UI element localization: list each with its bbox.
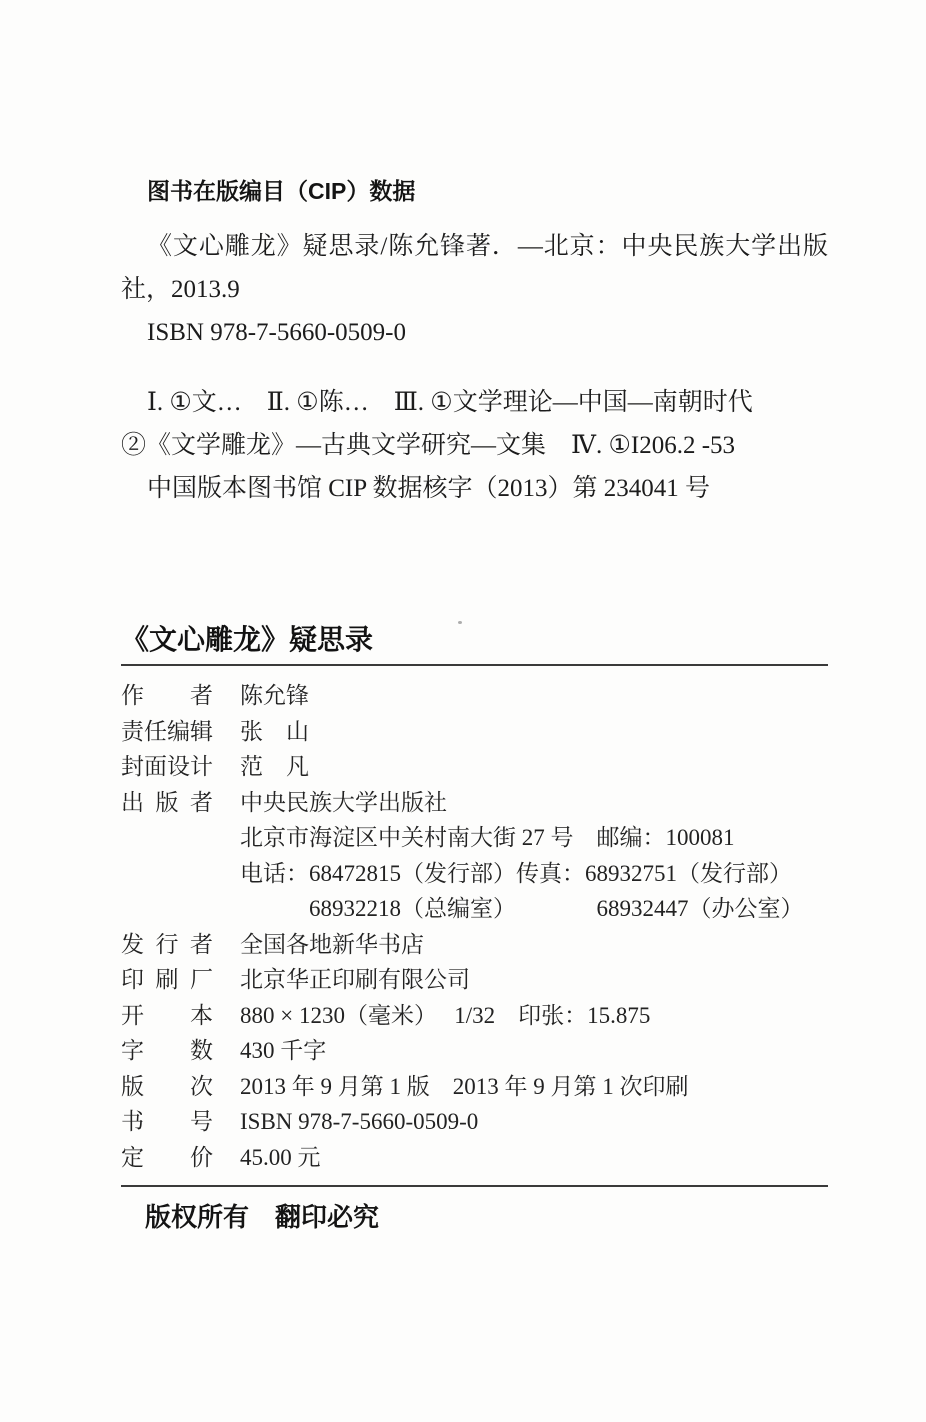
row-label: 字数	[121, 1033, 213, 1069]
row-value: 430 千字	[240, 1033, 326, 1069]
row-value: 陈允锋	[240, 678, 309, 714]
colophon-row-edition: 版次 2013 年 9 月第 1 版 2013 年 9 月第 1 次印刷	[121, 1069, 828, 1105]
cip-classification-line-1: Ⅰ. ①文… Ⅱ. ①陈… Ⅲ. ①文学理论—中国—南朝时代	[121, 381, 828, 424]
colophon-section: 《文心雕龙》疑思录 作者 陈允锋 责任编辑 张 山 封面设计 范 凡 出版者 中…	[121, 624, 828, 1232]
row-value: 880 × 1230（毫米） 1/32 印张：15.875	[240, 998, 650, 1034]
colophon-rows: 作者 陈允锋 责任编辑 张 山 封面设计 范 凡 出版者 中央民族大学出版社 北…	[121, 678, 828, 1175]
colophon-row-word-count: 字数 430 千字	[121, 1033, 828, 1069]
row-value: 电话：68472815（发行部）传真：68932751（发行部）	[240, 856, 792, 892]
copyright-notice-left: 版权所有	[145, 1202, 249, 1232]
cip-record-line: 中国版本图书馆 CIP 数据核字（2013）第 234041 号	[121, 467, 828, 510]
colophon-row-price: 定价 45.00 元	[121, 1140, 828, 1176]
colophon-row-phone-fax: 电话：68472815（发行部）传真：68932751（发行部）	[121, 856, 828, 892]
colophon-row-isbn: 书号 ISBN 978-7-5660-0509-0	[121, 1104, 828, 1140]
row-label	[121, 820, 213, 856]
row-label: 开本	[121, 998, 213, 1034]
row-label: 书号	[121, 1104, 213, 1140]
row-label	[121, 891, 213, 927]
cip-heading: 图书在版编目（CIP）数据	[147, 176, 828, 206]
row-value: ISBN 978-7-5660-0509-0	[240, 1104, 478, 1140]
row-label: 作者	[121, 678, 213, 714]
row-label: 责任编辑	[121, 714, 213, 750]
cip-classification-line-2: ②《文学雕龙》—古典文学研究—文集 Ⅳ. ①I206.2 -53	[121, 424, 828, 467]
cip-entry-line-1: 《文心雕龙》疑思录/陈允锋著．—北京：中央民族大学出版	[121, 225, 828, 268]
book-title: 《文心雕龙》疑思录	[121, 624, 828, 656]
row-value: 2013 年 9 月第 1 版 2013 年 9 月第 1 次印刷	[240, 1069, 689, 1105]
row-label: 发行者	[121, 927, 213, 963]
row-value: 中央民族大学出版社	[240, 785, 447, 821]
colophon-row-distributor: 发行者 全国各地新华书店	[121, 927, 828, 963]
cip-section: 图书在版编目（CIP）数据 《文心雕龙》疑思录/陈允锋著．—北京：中央民族大学出…	[121, 176, 828, 510]
row-value: 北京市海淀区中关村南大街 27 号 邮编：100081	[240, 820, 735, 856]
row-label: 定价	[121, 1140, 213, 1176]
colophon-row-printer: 印刷厂 北京华正印刷有限公司	[121, 962, 828, 998]
colophon-row-phone-offices: 68932218（总编室） 68932447（办公室）	[121, 891, 828, 927]
colophon-row-editor: 责任编辑 张 山	[121, 714, 828, 750]
row-label	[121, 856, 213, 892]
colophon-row-author: 作者 陈允锋	[121, 678, 828, 714]
colophon-row-publisher: 出版者 中央民族大学出版社	[121, 785, 828, 821]
book-copyright-page: 图书在版编目（CIP）数据 《文心雕龙》疑思录/陈允锋著．—北京：中央民族大学出…	[0, 0, 926, 1422]
row-value: 全国各地新华书店	[240, 927, 424, 963]
row-value: 北京华正印刷有限公司	[240, 962, 470, 998]
colophon-row-cover-design: 封面设计 范 凡	[121, 749, 828, 785]
row-value: 张 山	[240, 714, 309, 750]
colophon-row-format: 开本 880 × 1230（毫米） 1/32 印张：15.875	[121, 998, 828, 1034]
divider-top	[121, 664, 828, 666]
row-label: 封面设计	[121, 749, 213, 785]
row-value: 68932218（总编室） 68932447（办公室）	[240, 891, 804, 927]
colophon-row-address: 北京市海淀区中关村南大街 27 号 邮编：100081	[121, 820, 828, 856]
cip-isbn-line: ISBN 978-7-5660-0509-0	[121, 311, 828, 354]
row-label: 印刷厂	[121, 962, 213, 998]
row-value: 范 凡	[240, 749, 309, 785]
row-value: 45.00 元	[240, 1140, 321, 1176]
divider-bottom	[121, 1185, 828, 1187]
cip-entry-line-2: 社，2013.9	[121, 268, 828, 311]
cip-classification: Ⅰ. ①文… Ⅱ. ①陈… Ⅲ. ①文学理论—中国—南朝时代 ②《文学雕龙》—古…	[121, 381, 828, 467]
row-label: 出版者	[121, 785, 213, 821]
row-label: 版次	[121, 1069, 213, 1105]
copyright-notice-right: 翻印必究	[275, 1202, 379, 1232]
copyright-notice: 版权所有翻印必究	[121, 1202, 828, 1232]
